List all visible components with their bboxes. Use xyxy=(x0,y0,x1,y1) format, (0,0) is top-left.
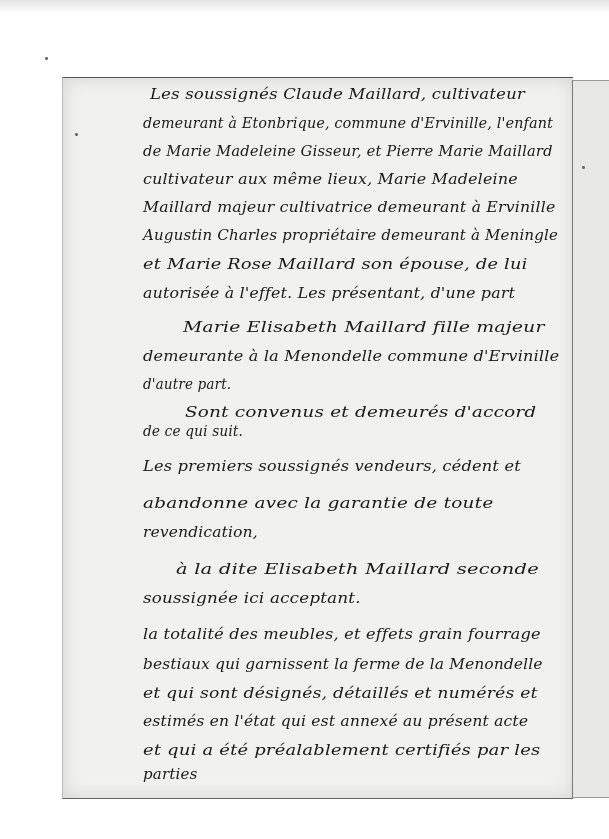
text-line: parties xyxy=(143,765,198,783)
text-line: Sont convenus et demeurés d'accord xyxy=(185,403,536,421)
text-line: Les premiers soussignés vendeurs, cédent… xyxy=(143,457,521,475)
text-line: Marie Elisabeth Maillard fille majeur xyxy=(183,318,545,336)
text-line: soussignée ici acceptant. xyxy=(143,589,361,607)
text-line: et qui a été préalablement certifiés par… xyxy=(143,741,540,759)
text-line: demeurante à la Menondelle commune d'Erv… xyxy=(143,347,559,365)
text-line: abandonne avec la garantie de toute xyxy=(143,494,493,512)
text-line: Augustin Charles propriétaire demeurant … xyxy=(143,226,558,244)
text-line: et qui sont désignés, détaillés et numér… xyxy=(143,684,538,702)
text-line: de Marie Madeleine Gisseur, et Pierre Ma… xyxy=(143,142,553,160)
text-line: d'autre part. xyxy=(143,375,231,393)
text-line: cultivateur aux même lieux, Marie Madele… xyxy=(143,170,518,188)
text-line: Les soussignés Claude Maillard, cultivat… xyxy=(150,85,525,103)
text-line: de ce qui suit. xyxy=(143,422,243,440)
text-line: à la dite Elisabeth Maillard seconde xyxy=(176,560,539,578)
text-line: estimés en l'état qui est annexé au prés… xyxy=(143,712,528,730)
text-line: bestiaux qui garnissent la ferme de la M… xyxy=(143,655,543,673)
text-line: Maillard majeur cultivatrice demeurant à… xyxy=(143,198,555,216)
text-line: revendication, xyxy=(143,523,258,541)
text-line: et Marie Rose Maillard son épouse, de lu… xyxy=(143,255,528,273)
text-line: la totalité des meubles, et effets grain… xyxy=(143,625,541,643)
manuscript-text: Les soussignés Claude Maillard, cultivat… xyxy=(0,0,609,839)
text-line: demeurant à Etonbrique, commune d'Ervini… xyxy=(143,114,553,132)
text-line: autorisée à l'effet. Les présentant, d'u… xyxy=(143,284,515,302)
